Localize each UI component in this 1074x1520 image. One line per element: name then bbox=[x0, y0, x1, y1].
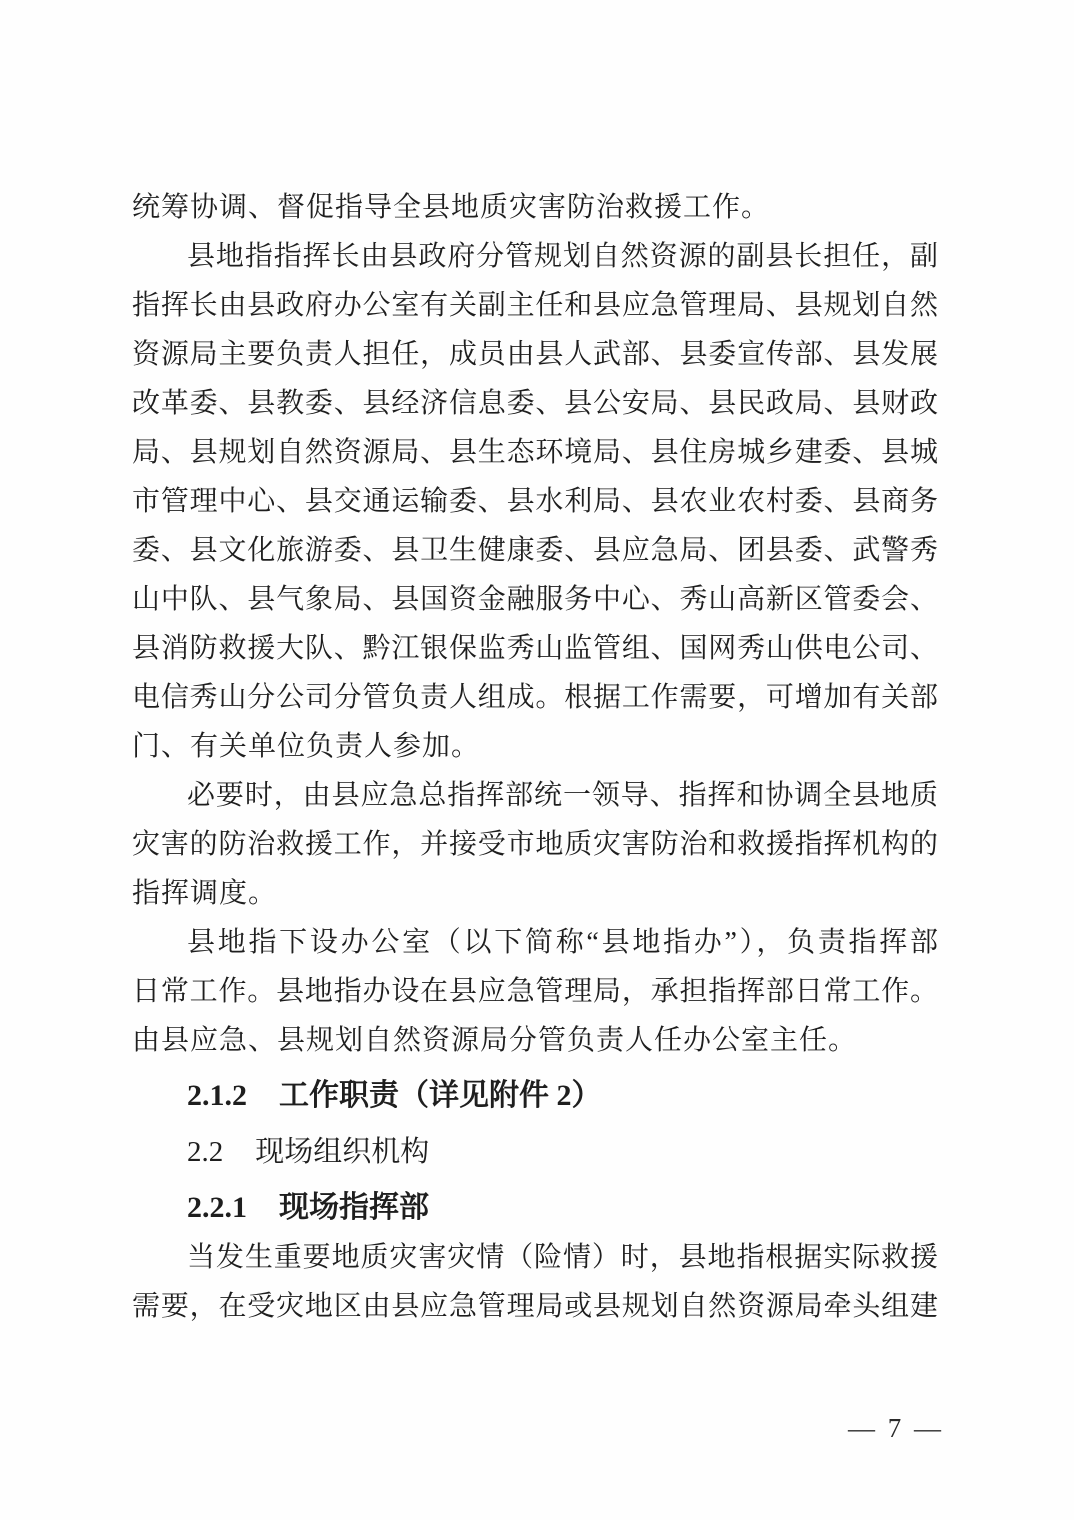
text-line: 指挥调度。 bbox=[132, 869, 938, 918]
heading-number: 2.2 bbox=[187, 1127, 223, 1177]
text-line: 山中队、县气象局、县国资金融服务中心、秀山高新区管委会、 bbox=[132, 575, 938, 624]
text-content: 统筹协调、督促指导全县地质灾害防治救援工作。 县地指指挥长由县政府分管规划自然资… bbox=[132, 183, 938, 1331]
text-line: 门、有关单位负责人参加。 bbox=[132, 722, 938, 771]
text-line: 指挥长由县政府办公室有关副主任和县应急管理局、县规划自然 bbox=[132, 281, 938, 330]
text-line: 当发生重要地质灾害灾情（险情）时，县地指根据实际救援 bbox=[132, 1233, 938, 1282]
text-line: 县消防救援大队、黔江银保监秀山监管组、国网秀山供电公司、 bbox=[132, 624, 938, 673]
text-line: 改革委、县教委、县经济信息委、县公安局、县民政局、县财政 bbox=[132, 379, 938, 428]
text-line: 由县应急、县规划自然资源局分管负责人任办公室主任。 bbox=[132, 1016, 938, 1065]
heading-title: 现场指挥部 bbox=[279, 1191, 429, 1224]
text-line: 电信秀山分公司分管负责人组成。根据工作需要，可增加有关部 bbox=[132, 673, 938, 722]
text-line: 必要时，由县应急总指挥部统一领导、指挥和协调全县地质 bbox=[132, 771, 938, 820]
section-heading-2-2: 2.2现场组织机构 bbox=[132, 1127, 938, 1177]
heading-title: 现场组织机构 bbox=[255, 1136, 429, 1168]
text-line: 日常工作。县地指办设在县应急管理局，承担指挥部日常工作。 bbox=[132, 967, 938, 1016]
text-line: 县地指指挥长由县政府分管规划自然资源的副县长担任，副 bbox=[132, 232, 938, 281]
heading-number: 2.1.2 bbox=[187, 1071, 247, 1121]
page-number: — 7 — bbox=[848, 1408, 944, 1448]
text-line: 县地指下设办公室（以下简称“县地指办”），负责指挥部 bbox=[132, 918, 938, 967]
heading-title: 工作职责（详见附件 2） bbox=[279, 1079, 602, 1112]
text-line: 市管理中心、县交通运输委、县水利局、县农业农村委、县商务 bbox=[132, 477, 938, 526]
section-heading-2-1-2: 2.1.2工作职责（详见附件 2） bbox=[132, 1071, 938, 1121]
text-line: 资源局主要负责人担任，成员由县人武部、县委宣传部、县发展 bbox=[132, 330, 938, 379]
text-line: 局、县规划自然资源局、县生态环境局、县住房城乡建委、县城 bbox=[132, 428, 938, 477]
text-line: 委、县文化旅游委、县卫生健康委、县应急局、团县委、武警秀 bbox=[132, 526, 938, 575]
document-page: 统筹协调、督促指导全县地质灾害防治救援工作。 县地指指挥长由县政府分管规划自然资… bbox=[0, 0, 1074, 1520]
heading-number: 2.2.1 bbox=[187, 1183, 247, 1233]
section-heading-2-2-1: 2.2.1现场指挥部 bbox=[132, 1183, 938, 1233]
text-line: 统筹协调、督促指导全县地质灾害防治救援工作。 bbox=[132, 183, 938, 232]
text-line: 灾害的防治救援工作，并接受市地质灾害防治和救援指挥机构的 bbox=[132, 820, 938, 869]
text-line: 需要，在受灾地区由县应急管理局或县规划自然资源局牵头组建 bbox=[132, 1282, 938, 1331]
